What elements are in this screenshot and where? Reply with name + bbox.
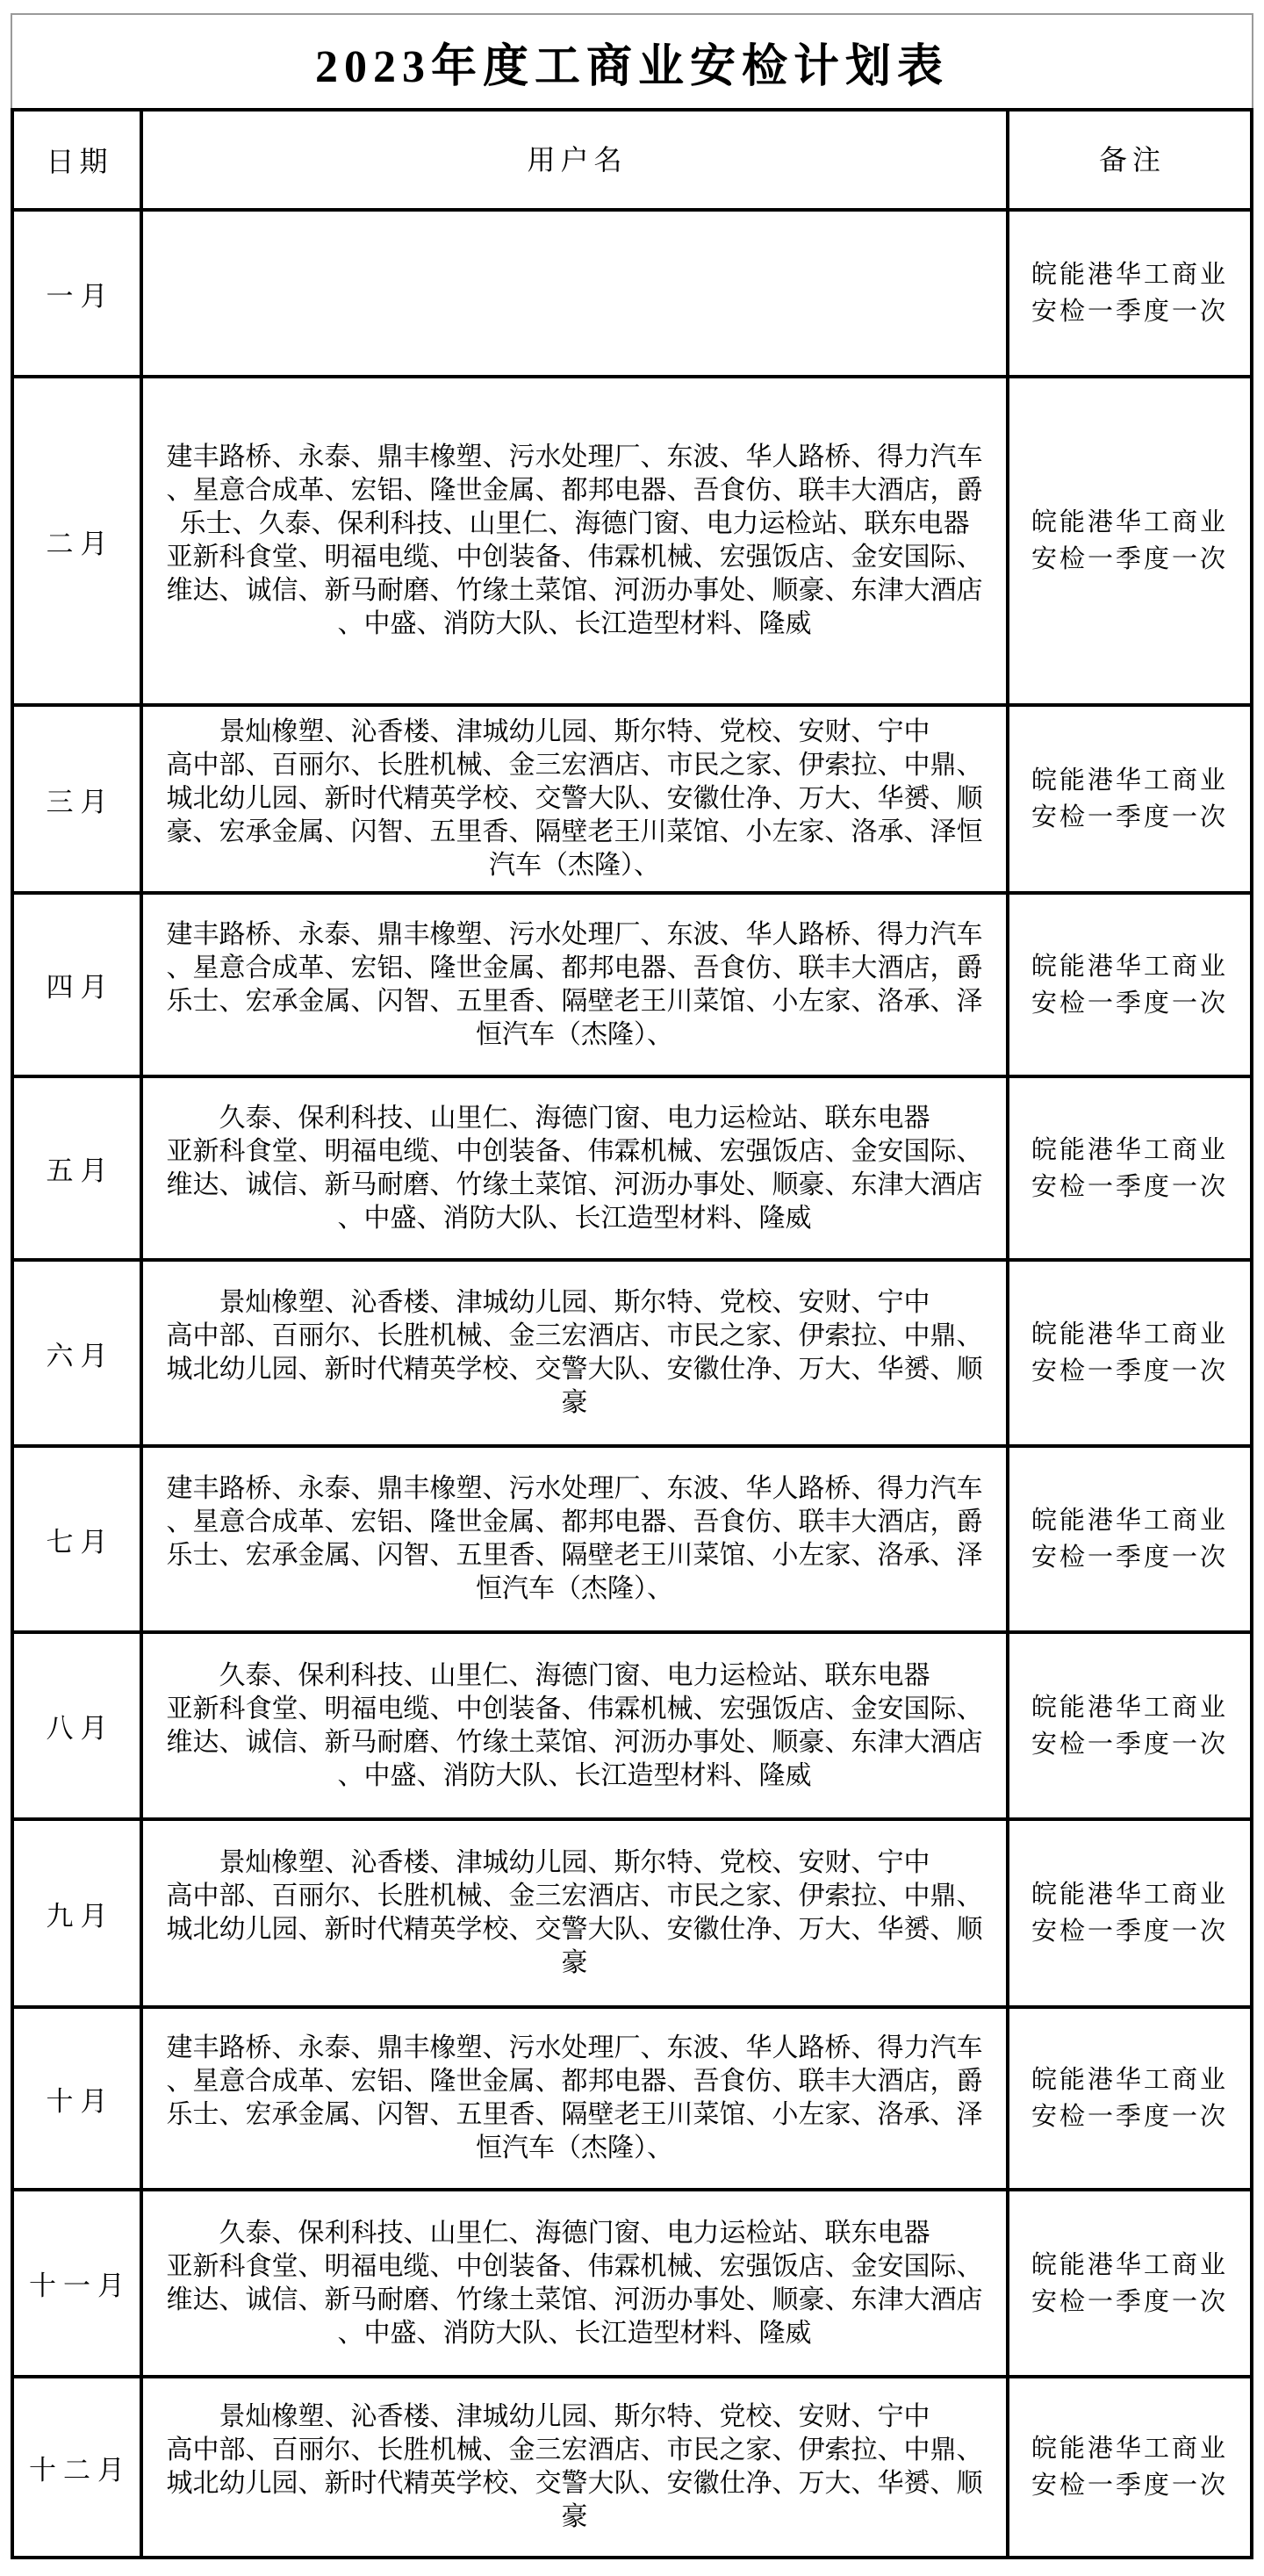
table-row-september: 九月 景灿橡塑、沁香楼、津城幼儿园、斯尔特、党校、安财、宁中 高中部、百丽尔、长… xyxy=(14,1817,1250,2005)
users-cell: 建丰路桥、永泰、鼎丰橡塑、污水处理厂、东波、华人路桥、得力汽车 、星意合成革、宏… xyxy=(140,1448,1009,1630)
month-label: 三月 xyxy=(14,707,140,891)
remark-cell: 皖能港华工商业 安检一季度一次 xyxy=(1009,212,1250,375)
column-header-remark: 备注 xyxy=(1009,112,1250,208)
table-row-october: 十月 建丰路桥、永泰、鼎丰橡塑、污水处理厂、东波、华人路桥、得力汽车 、星意合成… xyxy=(14,2005,1250,2188)
month-label: 十一月 xyxy=(14,2191,140,2375)
month-label: 八月 xyxy=(14,1634,140,1817)
table-row-july: 七月 建丰路桥、永泰、鼎丰橡塑、污水处理厂、东波、华人路桥、得力汽车 、星意合成… xyxy=(14,1444,1250,1630)
month-label: 六月 xyxy=(14,1262,140,1444)
remark-cell: 皖能港华工商业 安检一季度一次 xyxy=(1009,1821,1250,2005)
users-cell: 景灿橡塑、沁香楼、津城幼儿园、斯尔特、党校、安财、宁中 高中部、百丽尔、长胜机械… xyxy=(140,707,1009,891)
table-row-may: 五月 久泰、保利科技、山里仁、海德门窗、电力运检站、联东电器 亚新科食堂、明福电… xyxy=(14,1075,1250,1258)
remark-cell: 皖能港华工商业 安检一季度一次 xyxy=(1009,895,1250,1075)
inspection-plan-table: 日期 用户名 备注 一月 皖能港华工商业 安检一季度一次 二月 建丰路桥、永泰、… xyxy=(11,108,1253,2559)
users-cell xyxy=(140,212,1009,375)
month-label: 五月 xyxy=(14,1078,140,1258)
table-row-december: 十二月 景灿橡塑、沁香楼、津城幼儿园、斯尔特、党校、安财、宁中 高中部、百丽尔、… xyxy=(14,2375,1250,2556)
spreadsheet-page: 2023年度工商业安检计划表 日期 用户名 备注 一月 皖能港华工商业 安检一季… xyxy=(0,0,1264,2576)
month-label: 十月 xyxy=(14,2009,140,2188)
column-header-users: 用户名 xyxy=(140,112,1009,208)
column-header-date: 日期 xyxy=(14,112,140,208)
remark-cell: 皖能港华工商业 安检一季度一次 xyxy=(1009,378,1250,703)
table-row-november: 十一月 久泰、保利科技、山里仁、海德门窗、电力运检站、联东电器 亚新科食堂、明福… xyxy=(14,2188,1250,2375)
users-cell: 建丰路桥、永泰、鼎丰橡塑、污水处理厂、东波、华人路桥、得力汽车 、星意合成革、宏… xyxy=(140,378,1009,703)
remark-cell: 皖能港华工商业 安检一季度一次 xyxy=(1009,2191,1250,2375)
users-cell: 久泰、保利科技、山里仁、海德门窗、电力运检站、联东电器 亚新科食堂、明福电缆、中… xyxy=(140,1078,1009,1258)
table-row-january: 一月 皖能港华工商业 安检一季度一次 xyxy=(14,208,1250,375)
remark-cell: 皖能港华工商业 安检一季度一次 xyxy=(1009,707,1250,891)
remark-cell: 皖能港华工商业 安检一季度一次 xyxy=(1009,1448,1250,1630)
users-cell: 景灿橡塑、沁香楼、津城幼儿园、斯尔特、党校、安财、宁中 高中部、百丽尔、长胜机械… xyxy=(140,1821,1009,2005)
users-cell: 建丰路桥、永泰、鼎丰橡塑、污水处理厂、东波、华人路桥、得力汽车 、星意合成革、宏… xyxy=(140,2009,1009,2188)
month-label: 一月 xyxy=(14,212,140,375)
table-row-april: 四月 建丰路桥、永泰、鼎丰橡塑、污水处理厂、东波、华人路桥、得力汽车 、星意合成… xyxy=(14,891,1250,1075)
remark-cell: 皖能港华工商业 安检一季度一次 xyxy=(1009,1078,1250,1258)
title-box: 2023年度工商业安检计划表 xyxy=(11,13,1253,108)
users-cell: 久泰、保利科技、山里仁、海德门窗、电力运检站、联东电器 亚新科食堂、明福电缆、中… xyxy=(140,2191,1009,2375)
users-cell: 景灿橡塑、沁香楼、津城幼儿园、斯尔特、党校、安财、宁中 高中部、百丽尔、长胜机械… xyxy=(140,2378,1009,2556)
table-row-february: 二月 建丰路桥、永泰、鼎丰橡塑、污水处理厂、东波、华人路桥、得力汽车 、星意合成… xyxy=(14,375,1250,703)
remark-cell: 皖能港华工商业 安检一季度一次 xyxy=(1009,2378,1250,2556)
month-label: 九月 xyxy=(14,1821,140,2005)
table-header-row: 日期 用户名 备注 xyxy=(14,112,1250,208)
users-cell: 景灿橡塑、沁香楼、津城幼儿园、斯尔特、党校、安财、宁中 高中部、百丽尔、长胜机械… xyxy=(140,1262,1009,1444)
table-row-june: 六月 景灿橡塑、沁香楼、津城幼儿园、斯尔特、党校、安财、宁中 高中部、百丽尔、长… xyxy=(14,1258,1250,1444)
month-label: 七月 xyxy=(14,1448,140,1630)
table-row-march: 三月 景灿橡塑、沁香楼、津城幼儿园、斯尔特、党校、安财、宁中 高中部、百丽尔、长… xyxy=(14,703,1250,891)
users-cell: 久泰、保利科技、山里仁、海德门窗、电力运检站、联东电器 亚新科食堂、明福电缆、中… xyxy=(140,1634,1009,1817)
remark-cell: 皖能港华工商业 安检一季度一次 xyxy=(1009,1634,1250,1817)
remark-cell: 皖能港华工商业 安检一季度一次 xyxy=(1009,1262,1250,1444)
page-title: 2023年度工商业安检计划表 xyxy=(315,29,949,95)
month-label: 二月 xyxy=(14,378,140,703)
remark-cell: 皖能港华工商业 安检一季度一次 xyxy=(1009,2009,1250,2188)
month-label: 四月 xyxy=(14,895,140,1075)
month-label: 十二月 xyxy=(14,2378,140,2556)
users-cell: 建丰路桥、永泰、鼎丰橡塑、污水处理厂、东波、华人路桥、得力汽车 、星意合成革、宏… xyxy=(140,895,1009,1075)
table-row-august: 八月 久泰、保利科技、山里仁、海德门窗、电力运检站、联东电器 亚新科食堂、明福电… xyxy=(14,1630,1250,1817)
